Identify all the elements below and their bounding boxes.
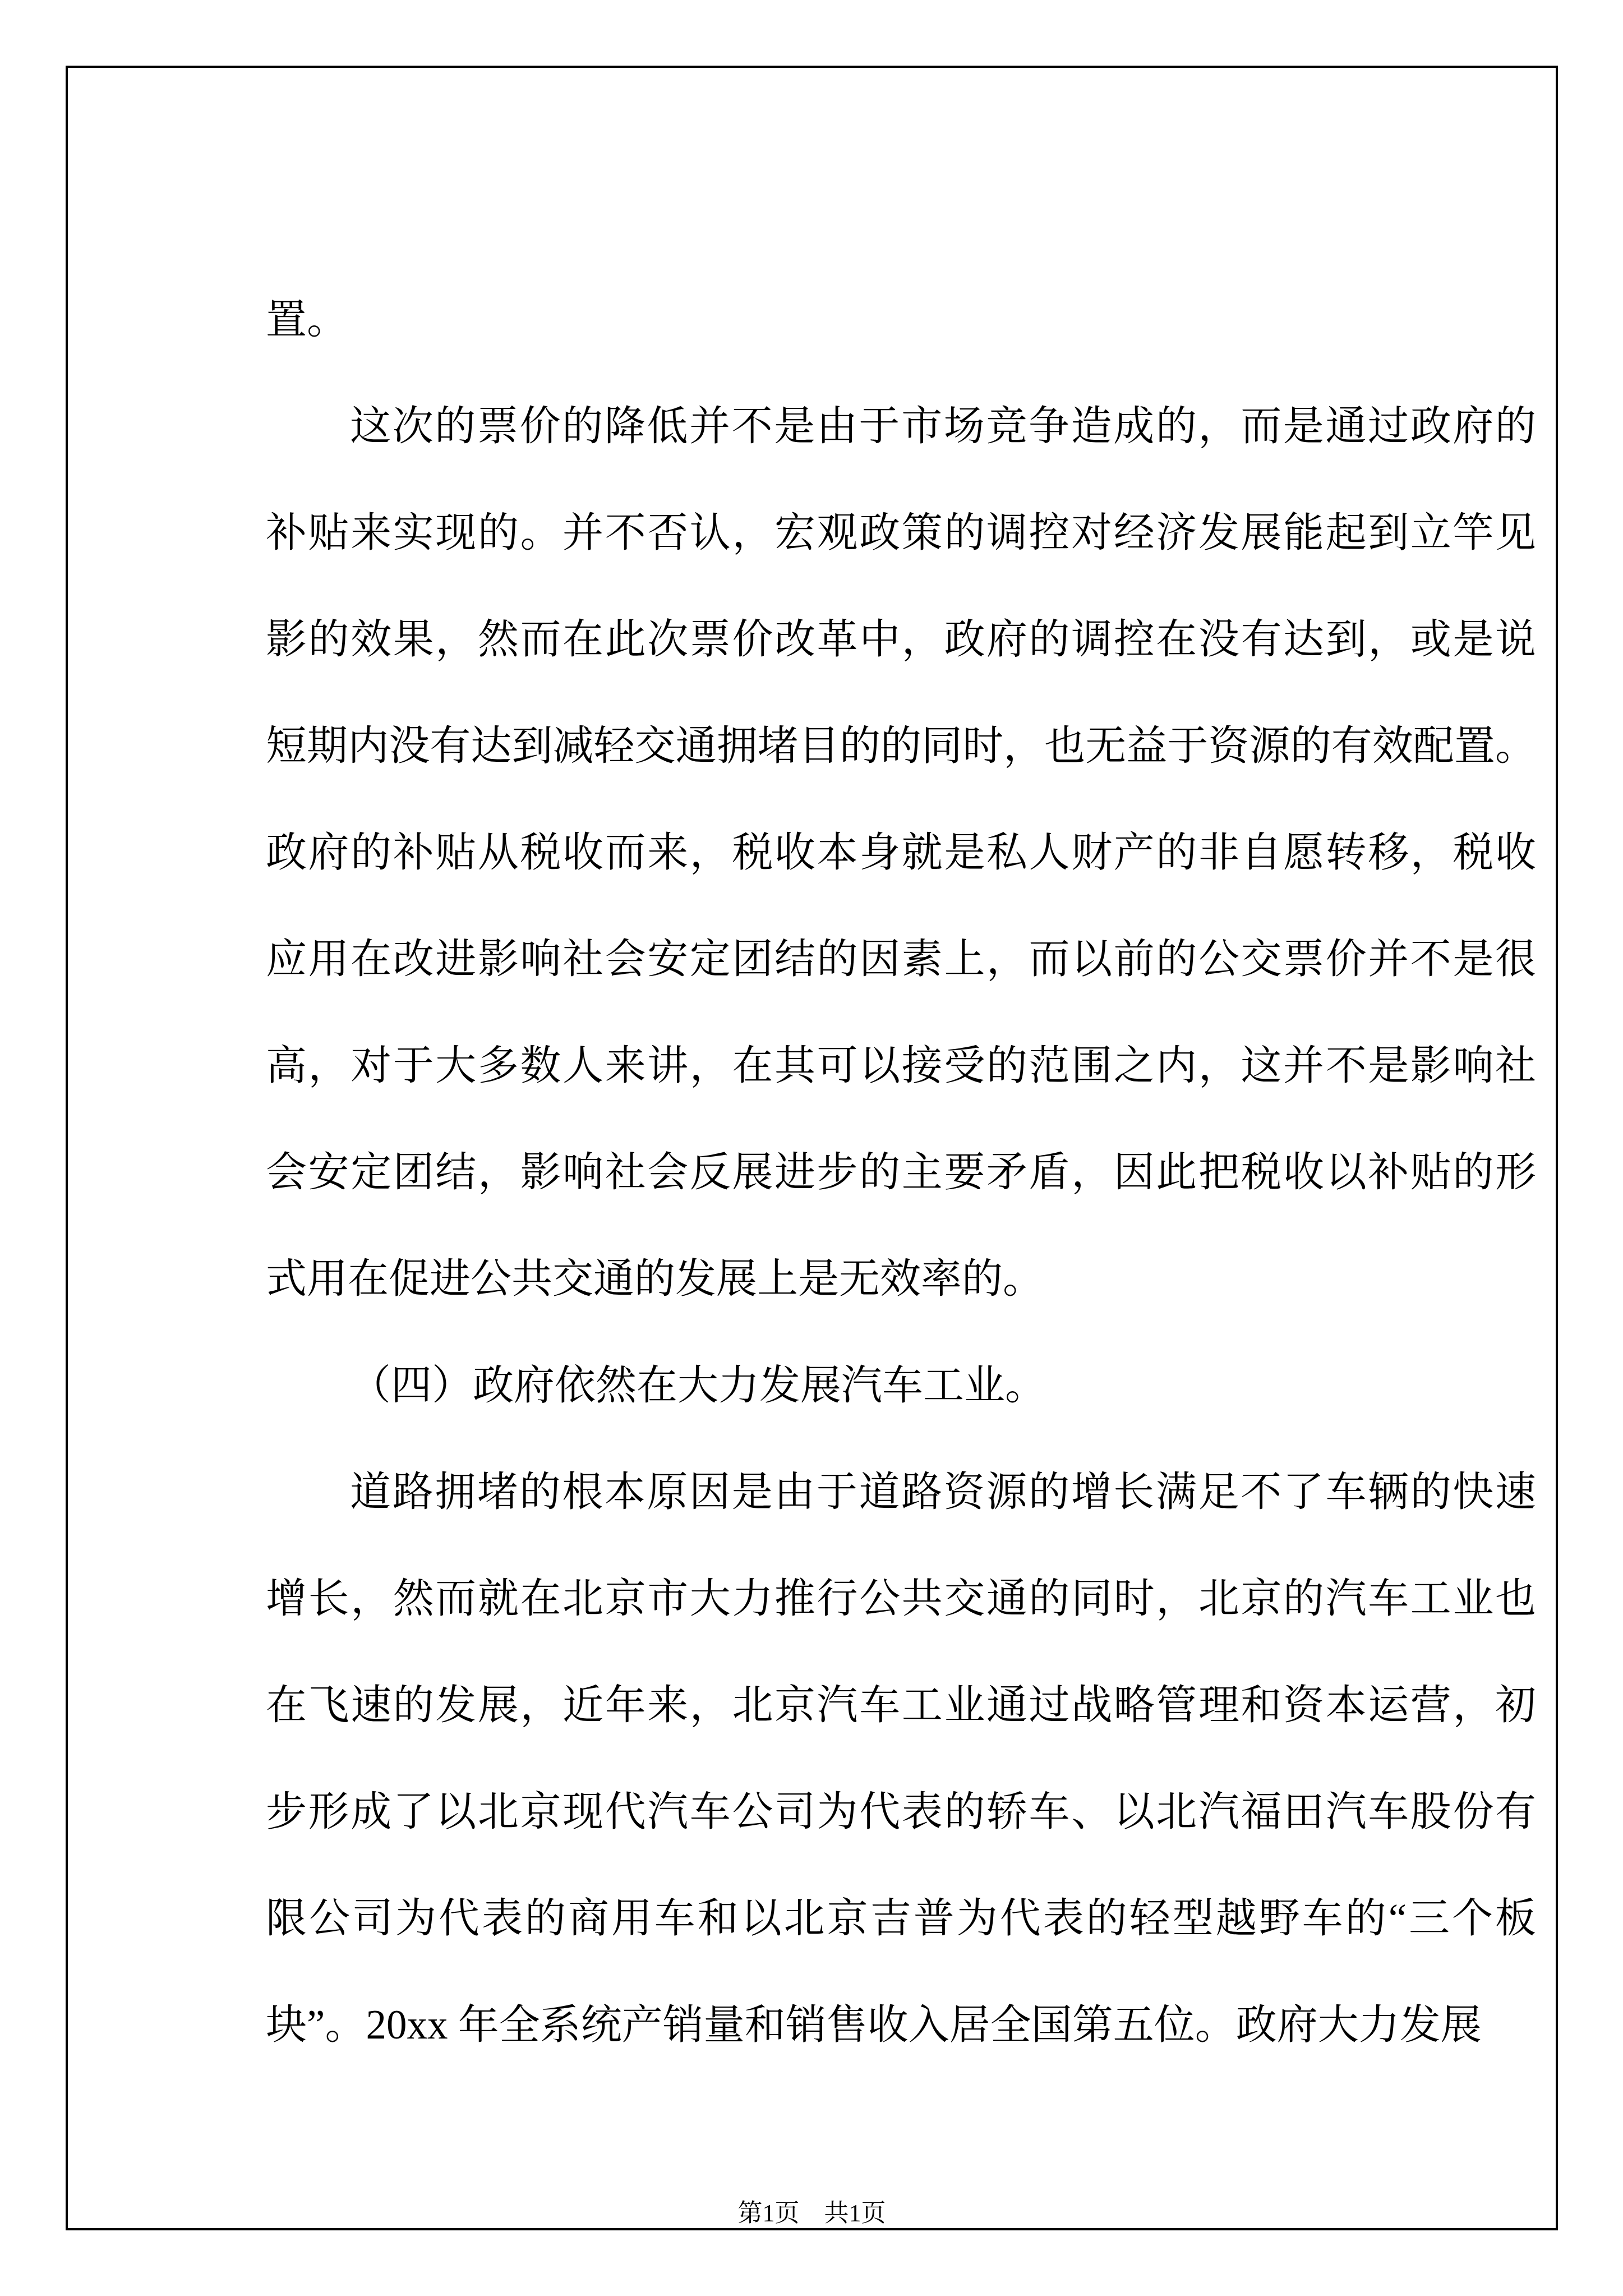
text-line: 影的效果，然而在此次票价改革中，政府的调控在没有达到，或是说 xyxy=(266,586,1536,693)
text-line: 增长，然而就在北京市大力推行公共交通的同时，北京的汽车工业也 xyxy=(266,1545,1536,1652)
document-body: 置。这次的票价的降低并不是由于市场竞争造成的，而是通过政府的补贴来实现的。并不否… xyxy=(266,266,1536,2078)
text-line: 块”。20xx 年全系统产销量和销售收入居全国第五位。政府大力发展 xyxy=(266,1972,1536,2078)
text-line: 会安定团结，影响社会反展进步的主要矛盾，因此把税收以补贴的形 xyxy=(266,1119,1536,1226)
text-line: 短期内没有达到减轻交通拥堵目的的同时，也无益于资源的有效配置。 xyxy=(266,693,1536,799)
text-line: 置。 xyxy=(266,266,1536,373)
text-line: 补贴来实现的。并不否认，宏观政策的调控对经济发展能起到立竿见 xyxy=(266,480,1536,586)
text-line: 步形成了以北京现代汽车公司为代表的轿车、以北汽福田汽车股份有 xyxy=(266,1759,1536,1865)
text-line: 道路拥堵的根本原因是由于道路资源的增长满足不了车辆的快速 xyxy=(266,1439,1536,1545)
page-border: 置。这次的票价的降低并不是由于市场竞争造成的，而是通过政府的补贴来实现的。并不否… xyxy=(66,66,1558,2230)
text-line: 限公司为代表的商用车和以北京吉普为代表的轻型越野车的“三个板 xyxy=(266,1865,1536,1972)
text-line: 政府的补贴从税收而来，税收本身就是私人财产的非自愿转移，税收 xyxy=(266,799,1536,906)
text-line: （四）政府依然在大力发展汽车工业。 xyxy=(266,1332,1536,1439)
text-line: 应用在改进影响社会安定团结的因素上，而以前的公交票价并不是很 xyxy=(266,906,1536,1013)
text-line: 这次的票价的降低并不是由于市场竞争造成的，而是通过政府的 xyxy=(266,373,1536,480)
text-line: 高，对于大多数人来讲，在其可以接受的范围之内，这并不是影响社 xyxy=(266,1013,1536,1119)
page-footer: 第1页 共1页 xyxy=(68,2197,1556,2230)
text-line: 在飞速的发展，近年来，北京汽车工业通过战略管理和资本运营，初 xyxy=(266,1652,1536,1759)
text-line: 式用在促进公共交通的发展上是无效率的。 xyxy=(266,1226,1536,1332)
